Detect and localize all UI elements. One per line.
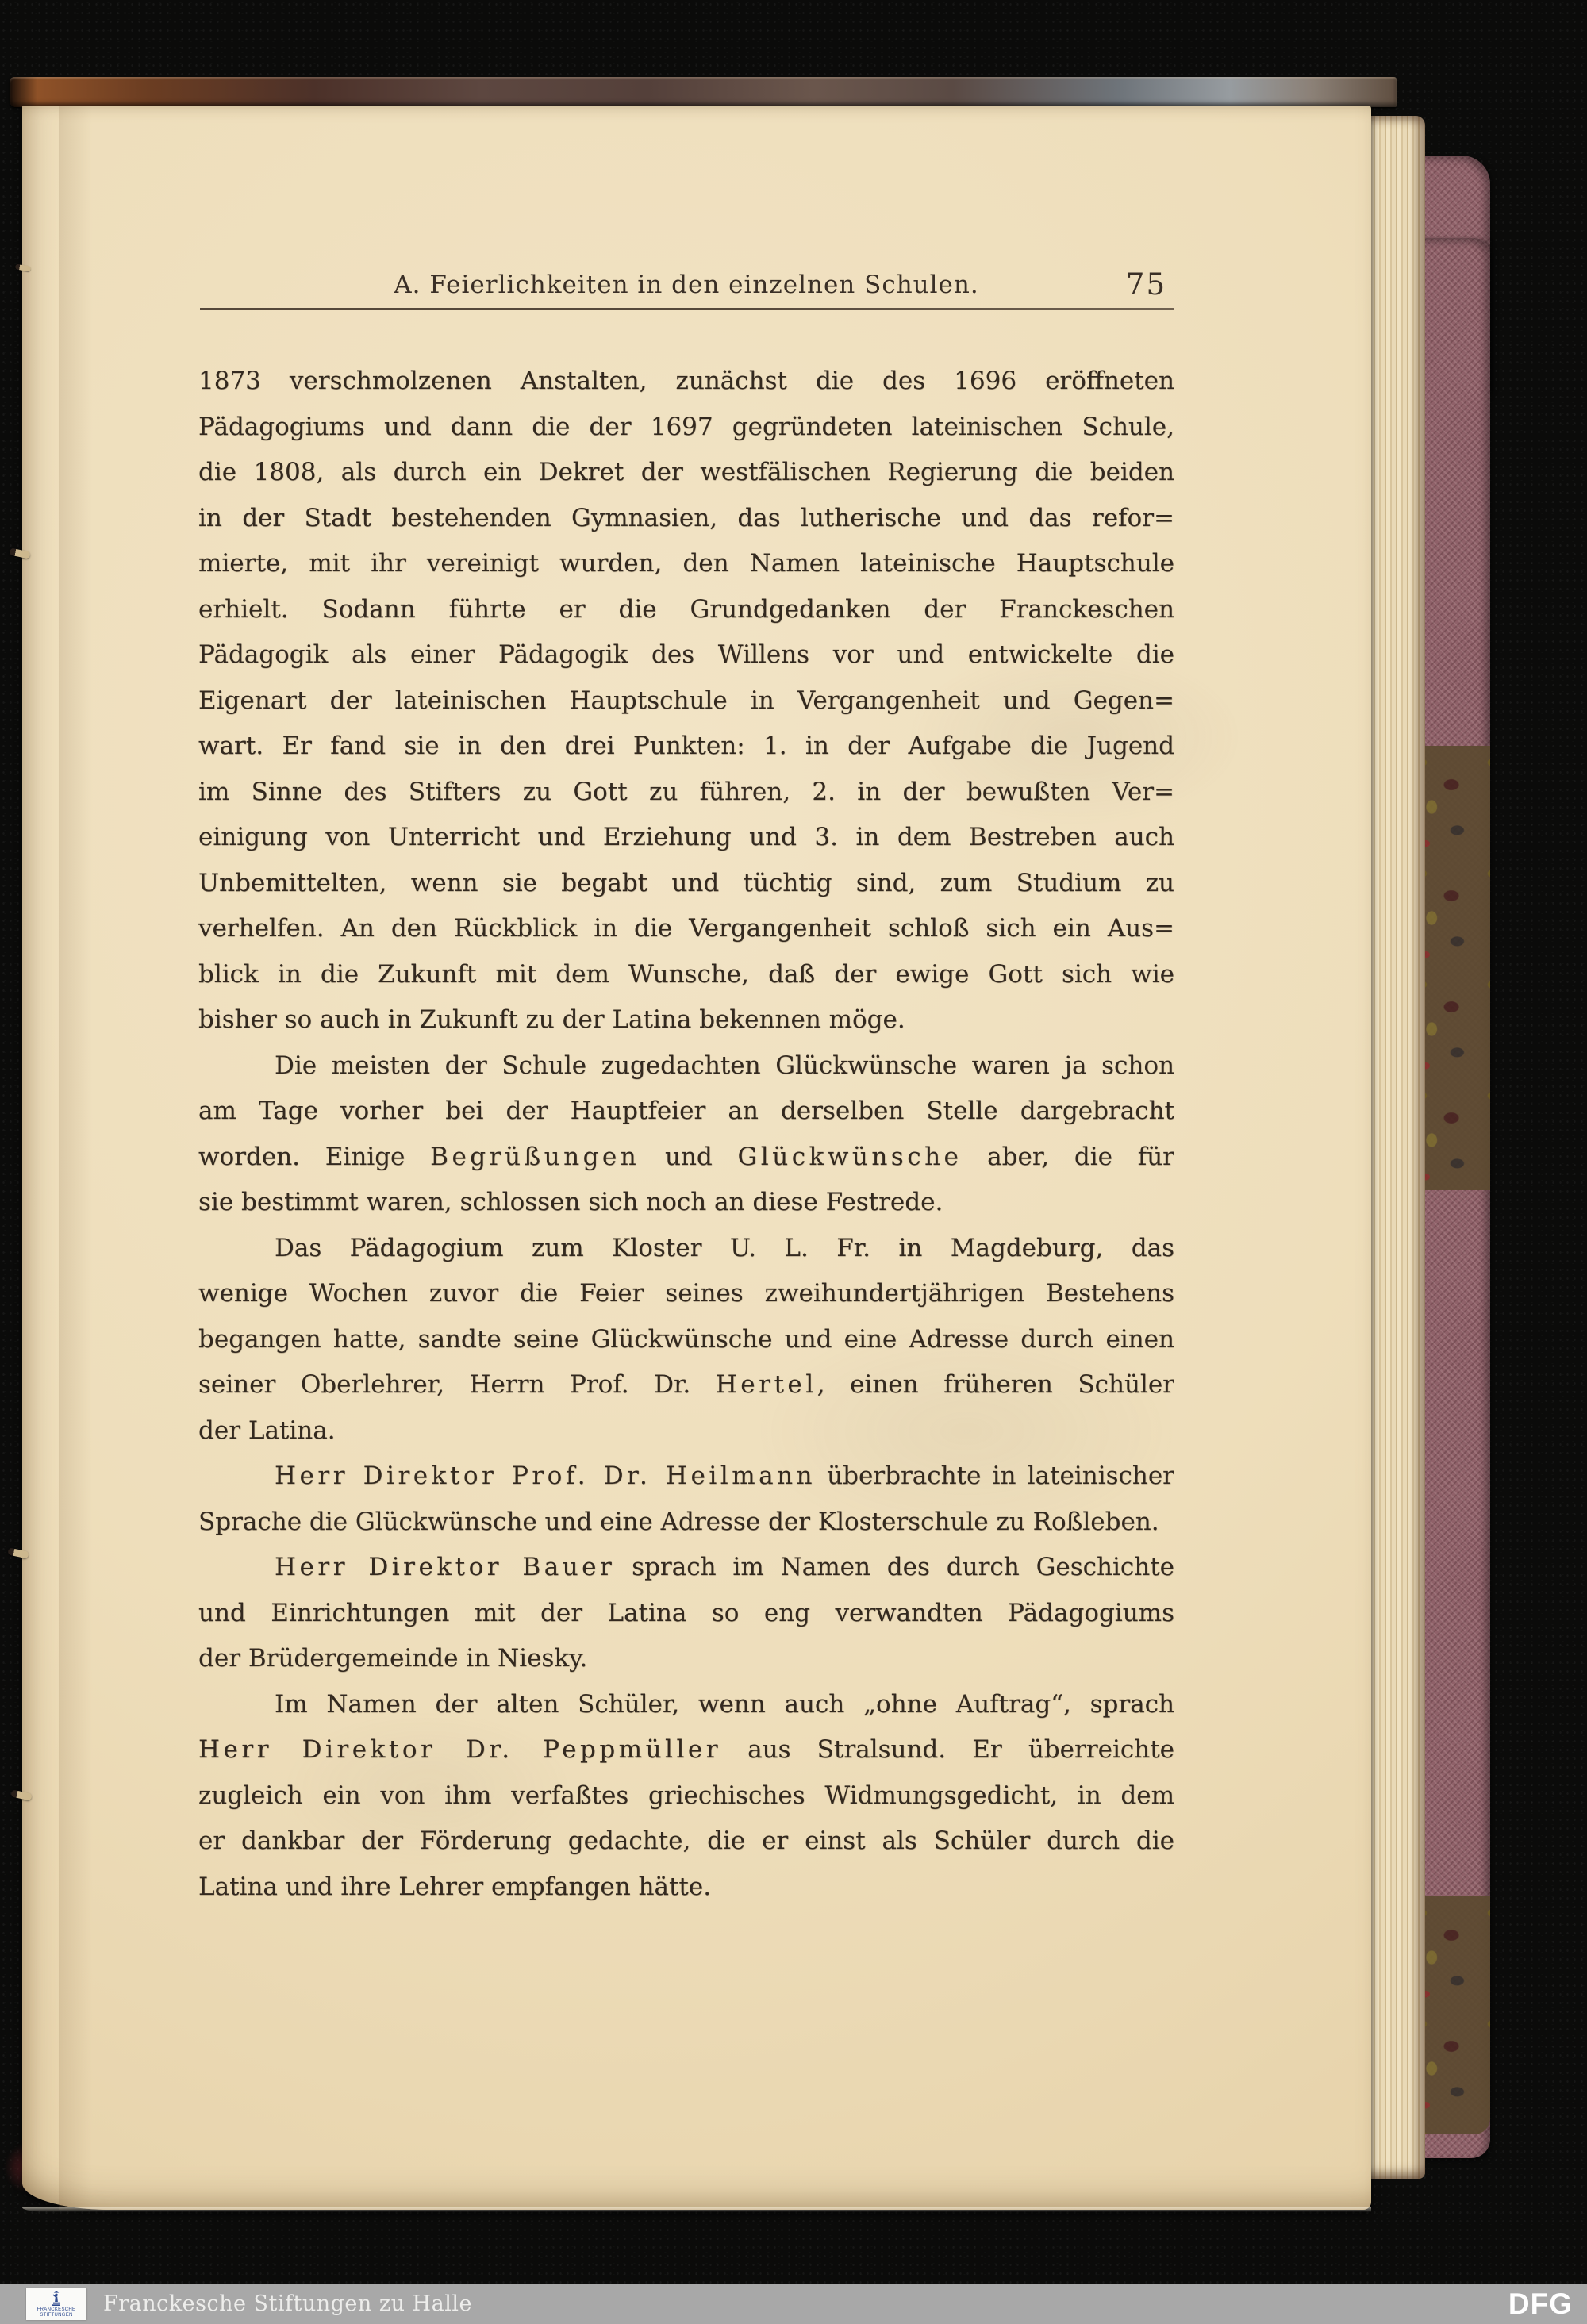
- page-number: 75: [1126, 267, 1166, 302]
- text-line: und Einrichtungen mit der Latina so eng …: [198, 1591, 1174, 1637]
- text-segment: , einen früheren Schüler: [817, 1370, 1174, 1399]
- text-line: erhielt. Sodann führte er die Grundgedan…: [198, 587, 1174, 633]
- letterspaced-name: Glückwünsche: [738, 1143, 963, 1171]
- running-title: A. Feierlichkeiten in den einzelnen Schu…: [198, 271, 1174, 299]
- text-line: wenige Wochen zuvor die Feier seines zwe…: [198, 1271, 1174, 1317]
- text-line: Herr Direktor Dr. Peppmüller aus Stralsu…: [198, 1727, 1174, 1773]
- text-line: verhelfen. An den Rückblick in die Verga…: [198, 906, 1174, 952]
- page-fore-edges: [1370, 116, 1425, 2179]
- paragraph: Herr Direktor Bauer sprach im Namen des …: [198, 1545, 1174, 1682]
- text-line: sie bestimmt waren, schlossen sich noch …: [198, 1180, 1174, 1226]
- text-segment: seiner Oberlehrer, Herrn Prof. Dr.: [198, 1370, 716, 1399]
- text-line: Eigenart der lateinischen Hauptschule in…: [198, 678, 1174, 724]
- text-line: Pädagogiums und dann die der 1697 gegrün…: [198, 405, 1174, 451]
- text-line: Die meisten der Schule zugedachten Glück…: [198, 1043, 1174, 1089]
- paragraph: Die meisten der Schule zugedachten Glück…: [198, 1043, 1174, 1226]
- paragraph: Im Namen der alten Schüler, wenn auch „o…: [198, 1682, 1174, 1911]
- text-line: mierte, mit ihr vereinigt wurden, den Na…: [198, 541, 1174, 587]
- text-line: Das Pädagogium zum Kloster U. L. Fr. in …: [198, 1226, 1174, 1272]
- text-segment: überbrachte in lateinischer: [816, 1462, 1174, 1490]
- text-line: die 1808, als durch ein Dekret der westf…: [198, 450, 1174, 496]
- text-line: Unbemittelten, wenn sie begabt und tücht…: [198, 861, 1174, 907]
- logo-caption-line: FRANCKESCHE: [37, 2307, 76, 2313]
- scanned-book-photograph: A. Feierlichkeiten in den einzelnen Schu…: [0, 0, 1587, 2324]
- book-top-edge: [10, 77, 1397, 107]
- text-segment: aber, die für: [962, 1143, 1174, 1171]
- logo-caption-line: STIFTUNGEN: [37, 2313, 76, 2318]
- text-line: seiner Oberlehrer, Herrn Prof. Dr. Herte…: [198, 1362, 1174, 1408]
- letterspaced-name: Hertel: [716, 1370, 817, 1399]
- text-line: der Latina.: [198, 1408, 1174, 1454]
- text-line: Im Namen der alten Schüler, wenn auch „o…: [198, 1682, 1174, 1728]
- institution-label: Franckesche Stiftungen zu Halle: [103, 2284, 472, 2324]
- text-line: begangen hatte, sandte seine Glückwünsch…: [198, 1317, 1174, 1363]
- footer-bar: FRANCKESCHE STIFTUNGEN Franckesche Stift…: [0, 2284, 1587, 2324]
- letterspaced-name: Herr Direktor Dr. Peppmüller: [198, 1735, 721, 1764]
- text-line: einigung von Unterricht und Erziehung un…: [198, 815, 1174, 861]
- header-rule: [200, 308, 1174, 310]
- letterspaced-name: Herr Direktor Bauer: [275, 1553, 615, 1581]
- statue-icon: [50, 2291, 63, 2307]
- text-line: zugleich ein von ihm verfaßtes griechisc…: [198, 1773, 1174, 1819]
- text-line: bisher so auch in Zukunft zu der Latina …: [198, 997, 1174, 1043]
- text-line: im Sinne des Stifters zu Gott zu führen,…: [198, 770, 1174, 816]
- text-segment: sprach im Namen des durch Geschichte: [615, 1553, 1174, 1581]
- logo-caption: FRANCKESCHE STIFTUNGEN: [37, 2307, 76, 2318]
- text-line: worden. Einige Begrüßungen und Glückwüns…: [198, 1135, 1174, 1181]
- text-line: in der Stadt bestehenden Gymnasien, das …: [198, 496, 1174, 542]
- text-segment: worden. Einige: [198, 1143, 430, 1171]
- text-line: der Brüdergemeinde in Niesky.: [198, 1636, 1174, 1682]
- text-block: 1873 verschmolzenen Anstalten, zunächst …: [198, 359, 1174, 1910]
- text-line: 1873 verschmolzenen Anstalten, zunächst …: [198, 359, 1174, 405]
- text-line: Pädagogik als einer Pädagogik des Willen…: [198, 632, 1174, 678]
- paragraph: 1873 verschmolzenen Anstalten, zunächst …: [198, 359, 1174, 1043]
- text-segment: und: [640, 1143, 737, 1171]
- text-line: er dankbar der Förderung gedachte, die e…: [198, 1819, 1174, 1865]
- text-line: Herr Direktor Prof. Dr. Heilmann überbra…: [198, 1454, 1174, 1500]
- text-line: Sprache die Glückwünsche und eine Adress…: [198, 1500, 1174, 1546]
- letterspaced-name: Herr Direktor Prof. Dr. Heilmann: [275, 1462, 816, 1490]
- letterspaced-name: Begrüßungen: [430, 1143, 640, 1171]
- text-line: wart. Er fand sie in den drei Punkten: 1…: [198, 724, 1174, 770]
- franckesche-stiftungen-logo: FRANCKESCHE STIFTUNGEN: [26, 2288, 86, 2320]
- text-segment: aus Stralsund. Er überreichte: [721, 1735, 1174, 1764]
- page-header: A. Feierlichkeiten in den einzelnen Schu…: [198, 271, 1174, 305]
- text-line: am Tage vorher bei der Hauptfeier an der…: [198, 1089, 1174, 1135]
- text-line: blick in die Zukunft mit dem Wunsche, da…: [198, 952, 1174, 998]
- dfg-logo: DFG: [1508, 2284, 1573, 2324]
- paragraph: Das Pädagogium zum Kloster U. L. Fr. in …: [198, 1226, 1174, 1454]
- text-line: Latina und ihre Lehrer empfangen hätte.: [198, 1865, 1174, 1911]
- paragraph: Herr Direktor Prof. Dr. Heilmann überbra…: [198, 1454, 1174, 1545]
- text-line: Herr Direktor Bauer sprach im Namen des …: [198, 1545, 1174, 1591]
